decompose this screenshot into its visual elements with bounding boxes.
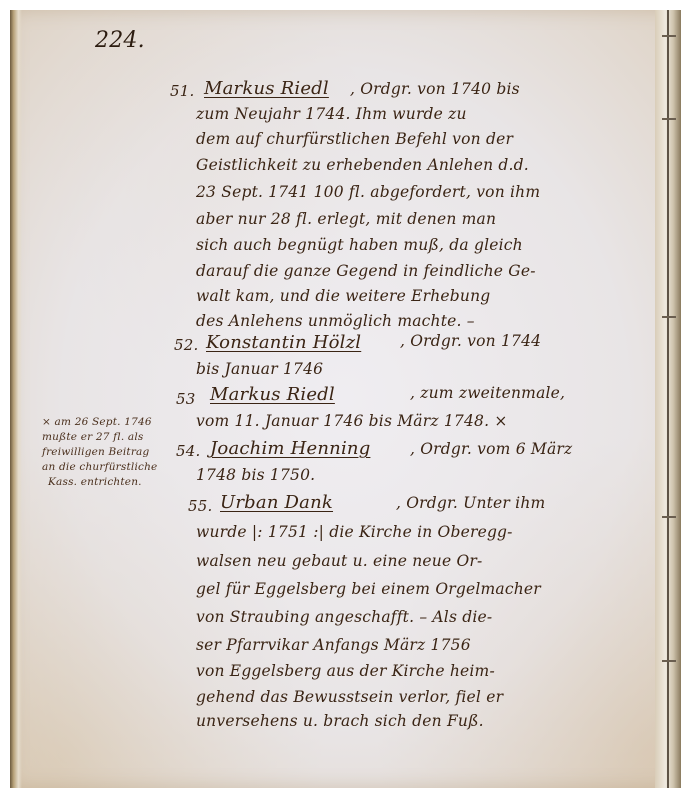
binding-stitch — [662, 316, 676, 318]
entry-line: 23 Sept. 1741 100 fl. abgefordert, von i… — [196, 183, 540, 201]
binding-stitch — [662, 660, 676, 662]
entry-line: von Straubing angeschafft. – Als die- — [196, 608, 492, 626]
entry-number: 53 — [176, 390, 196, 408]
margin-note-line: an die churfürstliche — [42, 461, 157, 473]
entry-name: Markus Riedl — [204, 78, 329, 99]
entry-line: Geistlichkeit zu erhebenden Anlehen d.d. — [196, 156, 529, 174]
entry-line: gel für Eggelsberg bei einem Orgelmacher — [196, 580, 541, 598]
entry-name: Joachim Henning — [210, 438, 370, 459]
entry-number: 54. — [176, 442, 200, 460]
entry-name: Markus Riedl — [210, 384, 335, 405]
entry-line: , Ordgr. von 1740 bis — [350, 80, 520, 98]
margin-note-line: × am 26 Sept. 1746 — [42, 416, 152, 428]
binding-stitch — [662, 516, 676, 518]
binding-stitch — [662, 35, 676, 37]
entry-line: dem auf churfürstlichen Befehl von der — [196, 130, 513, 148]
page-number: 224. — [95, 28, 145, 53]
entry-line: des Anlehens unmöglich machte. – — [196, 312, 475, 330]
entry-line: bis Januar 1746 — [196, 360, 323, 378]
entry-line: von Eggelsberg aus der Kirche heim- — [196, 662, 495, 680]
entry-line: vom 11. Januar 1746 bis März 1748. × — [196, 412, 508, 430]
entry-line: zum Neujahr 1744. Ihm wurde zu — [196, 105, 467, 123]
entry-line: walsen neu gebaut u. eine neue Or- — [196, 552, 482, 570]
entry-line: sich auch begnügt haben muß, da gleich — [196, 236, 523, 254]
margin-note-line: mußte er 27 fl. als — [42, 431, 144, 443]
binding-spine-line — [667, 10, 669, 788]
entry-number: 52. — [174, 336, 198, 354]
entry-line: aber nur 28 fl. erlegt, mit denen man — [196, 210, 496, 228]
entry-line: ser Pfarrvikar Anfangs März 1756 — [196, 636, 471, 654]
entry-line: , Ordgr. von 1744 — [400, 332, 541, 350]
entry-name: Urban Dank — [220, 492, 333, 513]
binding-stitch — [662, 118, 676, 120]
entry-line: darauf die ganze Gegend in feindliche Ge… — [196, 262, 536, 280]
entry-line: , Ordgr. Unter ihm — [396, 494, 545, 512]
entry-line: walt kam, und die weitere Erhebung — [196, 287, 490, 305]
entry-line: wurde |: 1751 :| die Kirche in Oberegg- — [196, 523, 513, 541]
entry-line: 1748 bis 1750. — [196, 466, 315, 484]
margin-note-line: Kass. entrichten. — [48, 476, 142, 488]
margin-note-line: freiwilligen Beitrag — [42, 446, 149, 458]
entry-name: Konstantin Hölzl — [206, 332, 361, 353]
entry-number: 51. — [170, 82, 194, 100]
entry-line: gehend das Bewusstsein verlor, fiel er — [196, 688, 503, 706]
entry-line: , zum zweitenmale, — [410, 384, 565, 402]
entry-line: , Ordgr. vom 6 März — [410, 440, 572, 458]
entry-line: unversehens u. brach sich den Fuß. — [196, 712, 484, 730]
page-left-edge — [10, 10, 22, 788]
entry-number: 55. — [188, 497, 212, 515]
